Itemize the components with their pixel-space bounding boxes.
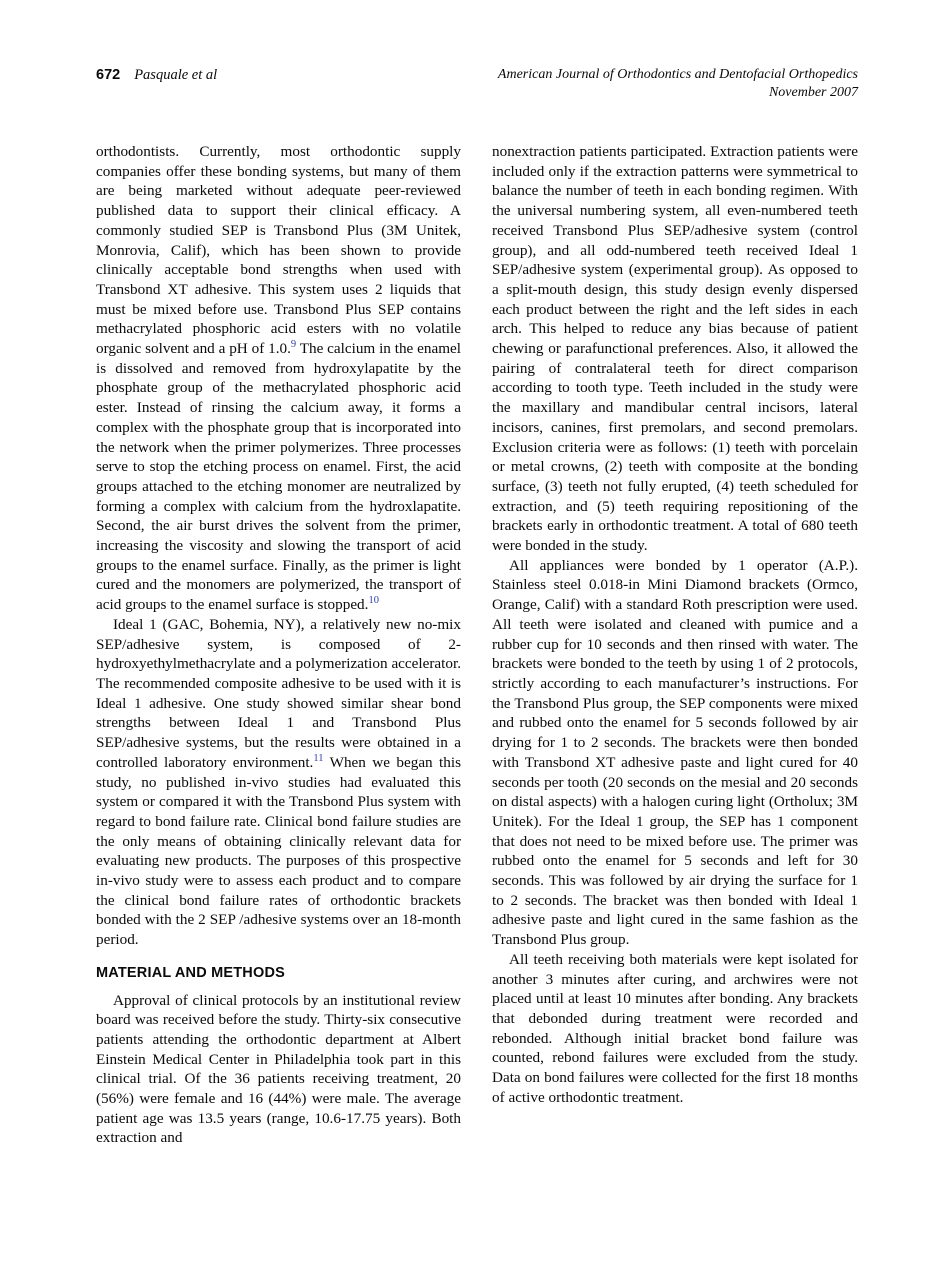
paragraph-text: When we began this study, no published i… <box>96 754 461 948</box>
section-heading-material-and-methods: MATERIAL AND METHODS <box>96 964 461 984</box>
paragraph-text: orthodontists. Currently, most orthodont… <box>96 143 461 357</box>
citation-link-10[interactable]: 10 <box>368 595 379 606</box>
running-head-right: American Journal of Orthodontics and Den… <box>498 66 858 101</box>
running-head-left: 672 Pasquale et al <box>96 66 217 84</box>
page-header: 672 Pasquale et al American Journal of O… <box>96 66 858 101</box>
journal-page: 672 Pasquale et al American Journal of O… <box>0 0 950 1272</box>
running-authors: Pasquale et al <box>134 67 217 83</box>
paragraph-text: Ideal 1 (GAC, Bohemia, NY), a relatively… <box>96 616 461 771</box>
paragraph-methods-approval: Approval of clinical protocols by an ins… <box>96 991 461 1149</box>
journal-title: American Journal of Orthodontics and Den… <box>498 66 858 84</box>
paragraph-intro-continuation: orthodontists. Currently, most orthodont… <box>96 142 461 615</box>
left-column: orthodontists. Currently, most orthodont… <box>96 142 461 1148</box>
paragraph-bonding-protocols: All appliances were bonded by 1 operator… <box>492 556 858 950</box>
paragraph-methods-continuation: nonextraction patients participated. Ext… <box>492 142 858 556</box>
paragraph-isolation-data: All teeth receiving both materials were … <box>492 950 858 1108</box>
paragraph-text: The calcium in the enamel is dissolved a… <box>96 340 461 613</box>
paragraph-ideal1: Ideal 1 (GAC, Bohemia, NY), a relatively… <box>96 615 461 950</box>
citation-link-11[interactable]: 11 <box>313 753 323 764</box>
journal-issue-date: November 2007 <box>498 84 858 102</box>
right-column: nonextraction patients participated. Ext… <box>492 142 858 1107</box>
page-number: 672 <box>96 67 120 83</box>
